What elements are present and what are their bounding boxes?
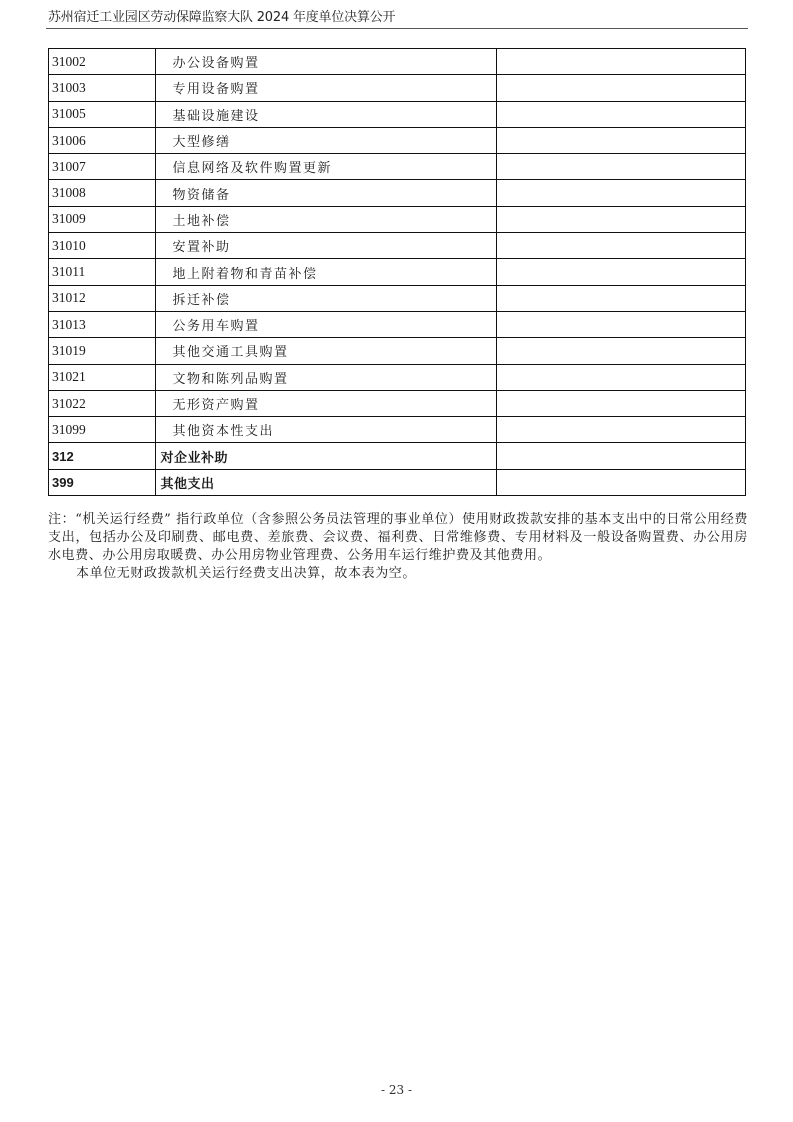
item-name-cell: 安置补助 bbox=[156, 233, 496, 259]
table-row: 31003专用设备购置 bbox=[49, 75, 746, 101]
amount-cell bbox=[496, 469, 745, 495]
amount-cell bbox=[496, 127, 745, 153]
amount-cell bbox=[496, 417, 745, 443]
amount-cell bbox=[496, 443, 745, 469]
table-note: 注：“机关运行经费” 指行政单位（含参照公务员法管理的事业单位）使用财政拨款安排… bbox=[48, 511, 748, 583]
amount-cell bbox=[496, 154, 745, 180]
table-row: 31011地上附着物和青苗补偿 bbox=[49, 259, 746, 285]
item-name-cell: 土地补偿 bbox=[156, 206, 496, 232]
item-name-cell: 文物和陈列品购置 bbox=[156, 364, 496, 390]
table-row: 31021文物和陈列品购置 bbox=[49, 364, 746, 390]
economic-code-cell: 31012 bbox=[49, 285, 156, 311]
amount-cell bbox=[496, 390, 745, 416]
amount-cell bbox=[496, 101, 745, 127]
table-row: 31019其他交通工具购置 bbox=[49, 338, 746, 364]
table-row-category: 312对企业补助 bbox=[49, 443, 746, 469]
amount-cell bbox=[496, 49, 745, 75]
table-row: 31007信息网络及软件购置更新 bbox=[49, 154, 746, 180]
table-row: 31006大型修缮 bbox=[49, 127, 746, 153]
table-row-category: 399其他支出 bbox=[49, 469, 746, 495]
table-row: 31008物资储备 bbox=[49, 180, 746, 206]
economic-code-cell: 31008 bbox=[49, 180, 156, 206]
item-name-cell: 无形资产购置 bbox=[156, 390, 496, 416]
amount-cell bbox=[496, 233, 745, 259]
header-divider bbox=[46, 28, 748, 29]
economic-code-cell: 312 bbox=[49, 443, 156, 469]
economic-code-cell: 31099 bbox=[49, 417, 156, 443]
amount-cell bbox=[496, 364, 745, 390]
table-row: 31022无形资产购置 bbox=[49, 390, 746, 416]
economic-code-cell: 31005 bbox=[49, 101, 156, 127]
item-name-cell: 其他资本性支出 bbox=[156, 417, 496, 443]
item-name-cell: 基础设施建设 bbox=[156, 101, 496, 127]
amount-cell bbox=[496, 311, 745, 337]
note-statement: 本单位无财政拨款机关运行经费支出决算，故本表为空。 bbox=[48, 565, 748, 583]
item-name-cell: 其他交通工具购置 bbox=[156, 338, 496, 364]
item-name-cell: 专用设备购置 bbox=[156, 75, 496, 101]
item-name-cell: 对企业补助 bbox=[156, 443, 496, 469]
table-row: 31010安置补助 bbox=[49, 233, 746, 259]
table-body: 31002办公设备购置 31003专用设备购置 31005基础设施建设 3100… bbox=[49, 49, 746, 496]
table-row: 31005基础设施建设 bbox=[49, 101, 746, 127]
table-row: 31002办公设备购置 bbox=[49, 49, 746, 75]
economic-code-cell: 31010 bbox=[49, 233, 156, 259]
item-name-cell: 公务用车购置 bbox=[156, 311, 496, 337]
economic-code-cell: 31019 bbox=[49, 338, 156, 364]
table-row: 31099其他资本性支出 bbox=[49, 417, 746, 443]
economic-code-cell: 31002 bbox=[49, 49, 156, 75]
table-row: 31013公务用车购置 bbox=[49, 311, 746, 337]
item-name-cell: 物资储备 bbox=[156, 180, 496, 206]
item-name-cell: 地上附着物和青苗补偿 bbox=[156, 259, 496, 285]
economic-code-cell: 31007 bbox=[49, 154, 156, 180]
economic-code-cell: 31009 bbox=[49, 206, 156, 232]
amount-cell bbox=[496, 75, 745, 101]
table-row: 31012拆迁补偿 bbox=[49, 285, 746, 311]
note-definition: 注：“机关运行经费” 指行政单位（含参照公务员法管理的事业单位）使用财政拨款安排… bbox=[48, 511, 748, 565]
table-row: 31009土地补偿 bbox=[49, 206, 746, 232]
page-number: - 23 - bbox=[0, 1083, 793, 1097]
economic-code-cell: 399 bbox=[49, 469, 156, 495]
item-name-cell: 其他支出 bbox=[156, 469, 496, 495]
amount-cell bbox=[496, 206, 745, 232]
expenditure-table: 31002办公设备购置 31003专用设备购置 31005基础设施建设 3100… bbox=[48, 48, 746, 496]
economic-code-cell: 31003 bbox=[49, 75, 156, 101]
economic-code-cell: 31021 bbox=[49, 364, 156, 390]
economic-code-cell: 31022 bbox=[49, 390, 156, 416]
item-name-cell: 大型修缮 bbox=[156, 127, 496, 153]
item-name-cell: 信息网络及软件购置更新 bbox=[156, 154, 496, 180]
item-name-cell: 办公设备购置 bbox=[156, 49, 496, 75]
economic-code-cell: 31011 bbox=[49, 259, 156, 285]
economic-code-cell: 31013 bbox=[49, 311, 156, 337]
economic-code-cell: 31006 bbox=[49, 127, 156, 153]
amount-cell bbox=[496, 338, 745, 364]
amount-cell bbox=[496, 285, 745, 311]
item-name-cell: 拆迁补偿 bbox=[156, 285, 496, 311]
page-header-title: 苏州宿迁工业园区劳动保障监察大队 2024 年度单位决算公开 bbox=[48, 10, 748, 26]
amount-cell bbox=[496, 259, 745, 285]
amount-cell bbox=[496, 180, 745, 206]
